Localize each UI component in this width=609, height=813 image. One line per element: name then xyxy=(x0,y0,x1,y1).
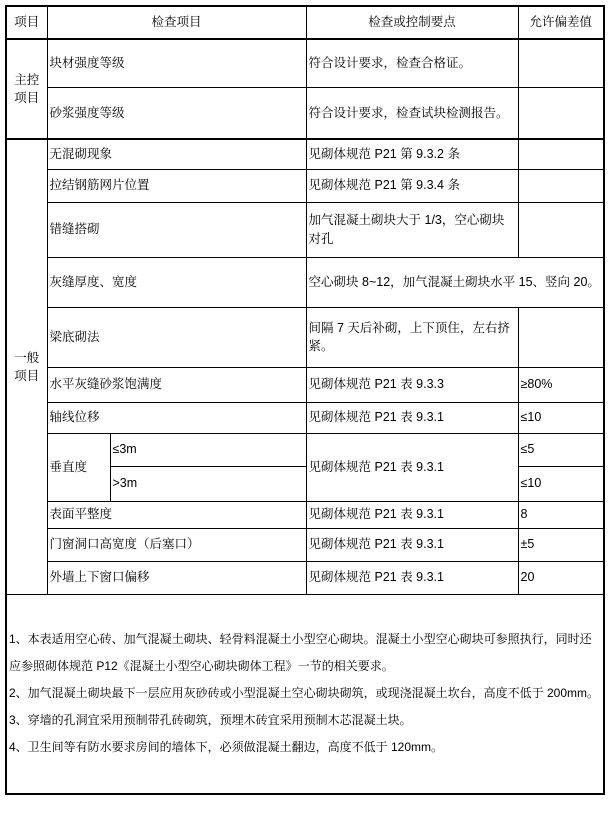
deviation-cell: 20 xyxy=(518,561,604,594)
table-row: 表面平整度 见砌体规范 P21 表 9.3.1 8 xyxy=(6,501,604,528)
deviation-cell: ≤5 xyxy=(518,433,604,466)
deviation-cell: ≤10 xyxy=(518,402,604,433)
header-points: 检查或控制要点 xyxy=(306,6,518,39)
item-cell: 门窗洞口高宽度（后塞口） xyxy=(47,528,306,561)
table-row-verticality-sub1: 垂直度 ≤3m 见砌体规范 P21 表 9.3.1 ≤5 xyxy=(6,433,604,466)
header-deviation: 允许偏差值 xyxy=(518,6,604,39)
points-cell: 见砌体规范 P21 第 9.3.4 条 xyxy=(306,169,518,202)
points-cell-merged-vertical: 见砌体规范 P21 表 9.3.1 xyxy=(306,433,518,501)
table-row: 外墙上下窗口偏移 见砌体规范 P21 表 9.3.1 20 xyxy=(6,561,604,594)
table-row: 主控项目 块材强度等级 符合设计要求，检查合格证。 xyxy=(6,39,604,87)
verticality-condition-cell: ≤3m xyxy=(110,433,306,466)
item-cell: 错缝搭砌 xyxy=(47,202,306,257)
points-cell: 间隔 7 天后补砌，上下顶住，左右挤紧。 xyxy=(306,307,518,367)
deviation-cell xyxy=(518,307,604,367)
verticality-condition-cell: >3m xyxy=(110,466,306,501)
item-cell: 外墙上下窗口偏移 xyxy=(47,561,306,594)
table-row: 轴线位移 见砌体规范 P21 表 9.3.1 ≤10 xyxy=(6,402,604,433)
item-cell: 砂浆强度等级 xyxy=(47,87,306,139)
deviation-cell xyxy=(518,87,604,139)
points-cell: 见砌体规范 P21 表 9.3.3 xyxy=(306,367,518,402)
table-header-row: 项目 检查项目 检查或控制要点 允许偏差值 xyxy=(6,6,604,39)
header-inspection: 检查项目 xyxy=(47,6,306,39)
points-cell: 见砌体规范 P21 表 9.3.1 xyxy=(306,528,518,561)
points-cell: 符合设计要求，检查合格证。 xyxy=(306,39,518,87)
item-cell: 轴线位移 xyxy=(47,402,306,433)
item-cell: 拉结钢筋网片位置 xyxy=(47,169,306,202)
inspection-table: 项目 检查项目 检查或控制要点 允许偏差值 主控项目 块材强度等级 符合设计要求… xyxy=(5,5,605,795)
verticality-label-cell: 垂直度 xyxy=(47,433,110,501)
notes-row: 1、本表适用空心砖、加气混凝土砌块、轻骨料混凝土小型空心砌块。混凝土小型空心砌块… xyxy=(6,594,604,794)
points-cell: 见砌体规范 P21 第 9.3.2 条 xyxy=(306,139,518,169)
item-cell: 无混砌现象 xyxy=(47,139,306,169)
points-cell: 见砌体规范 P21 表 9.3.1 xyxy=(306,402,518,433)
table-row: 灰缝厚度、宽度 空心砌块 8~12，加气混凝土砌块水平 15、竖向 20。 xyxy=(6,257,604,307)
table-row: 梁底砌法 间隔 7 天后补砌，上下顶住，左右挤紧。 xyxy=(6,307,604,367)
item-cell: 灰缝厚度、宽度 xyxy=(47,257,306,307)
table-row: 一般项目 无混砌现象 见砌体规范 P21 第 9.3.2 条 xyxy=(6,139,604,169)
deviation-cell xyxy=(518,202,604,257)
table-row: 错缝搭砌 加气混凝土砌块大于 1/3，空心砌块对孔 xyxy=(6,202,604,257)
header-item: 项目 xyxy=(6,6,47,39)
deviation-cell: ≥80% xyxy=(518,367,604,402)
group-label-general: 一般项目 xyxy=(6,139,47,594)
notes-cell: 1、本表适用空心砖、加气混凝土砌块、轻骨料混凝土小型空心砌块。混凝土小型空心砌块… xyxy=(6,594,604,794)
table-row: 水平灰缝砂浆饱满度 见砌体规范 P21 表 9.3.3 ≥80% xyxy=(6,367,604,402)
points-cell: 见砌体规范 P21 表 9.3.1 xyxy=(306,501,518,528)
note-2: 2、加气混凝土砌块最下一层应用灰砂砖或小型混凝土空心砌块砌筑，或现浇混凝土坎台，… xyxy=(9,680,601,707)
item-cell: 水平灰缝砂浆饱满度 xyxy=(47,367,306,402)
deviation-cell xyxy=(518,39,604,87)
note-3: 3、穿墙的孔洞宜采用预制带孔砖砌筑，预埋木砖宜采用预制木芯混凝土块。 xyxy=(9,707,601,734)
points-cell-merged: 空心砌块 8~12，加气混凝土砌块水平 15、竖向 20。 xyxy=(306,257,604,307)
item-cell: 块材强度等级 xyxy=(47,39,306,87)
note-1: 1、本表适用空心砖、加气混凝土砌块、轻骨料混凝土小型空心砌块。混凝土小型空心砌块… xyxy=(9,626,601,680)
deviation-cell: 8 xyxy=(518,501,604,528)
note-4: 4、卫生间等有防水要求房间的墙体下，必须做混凝土翻边，高度不低于 120mm。 xyxy=(9,734,601,761)
item-cell: 梁底砌法 xyxy=(47,307,306,367)
points-cell: 加气混凝土砌块大于 1/3，空心砌块对孔 xyxy=(306,202,518,257)
deviation-cell: ≤10 xyxy=(518,466,604,501)
deviation-cell xyxy=(518,169,604,202)
table-row: 砂浆强度等级 符合设计要求，检查试块检测报告。 xyxy=(6,87,604,139)
deviation-cell xyxy=(518,139,604,169)
document-page: 项目 检查项目 检查或控制要点 允许偏差值 主控项目 块材强度等级 符合设计要求… xyxy=(5,5,603,807)
points-cell: 见砌体规范 P21 表 9.3.1 xyxy=(306,561,518,594)
deviation-cell: ±5 xyxy=(518,528,604,561)
table-row: 拉结钢筋网片位置 见砌体规范 P21 第 9.3.4 条 xyxy=(6,169,604,202)
item-cell: 表面平整度 xyxy=(47,501,306,528)
points-cell: 符合设计要求，检查试块检测报告。 xyxy=(306,87,518,139)
table-row: 门窗洞口高宽度（后塞口） 见砌体规范 P21 表 9.3.1 ±5 xyxy=(6,528,604,561)
group-label-main: 主控项目 xyxy=(6,39,47,139)
